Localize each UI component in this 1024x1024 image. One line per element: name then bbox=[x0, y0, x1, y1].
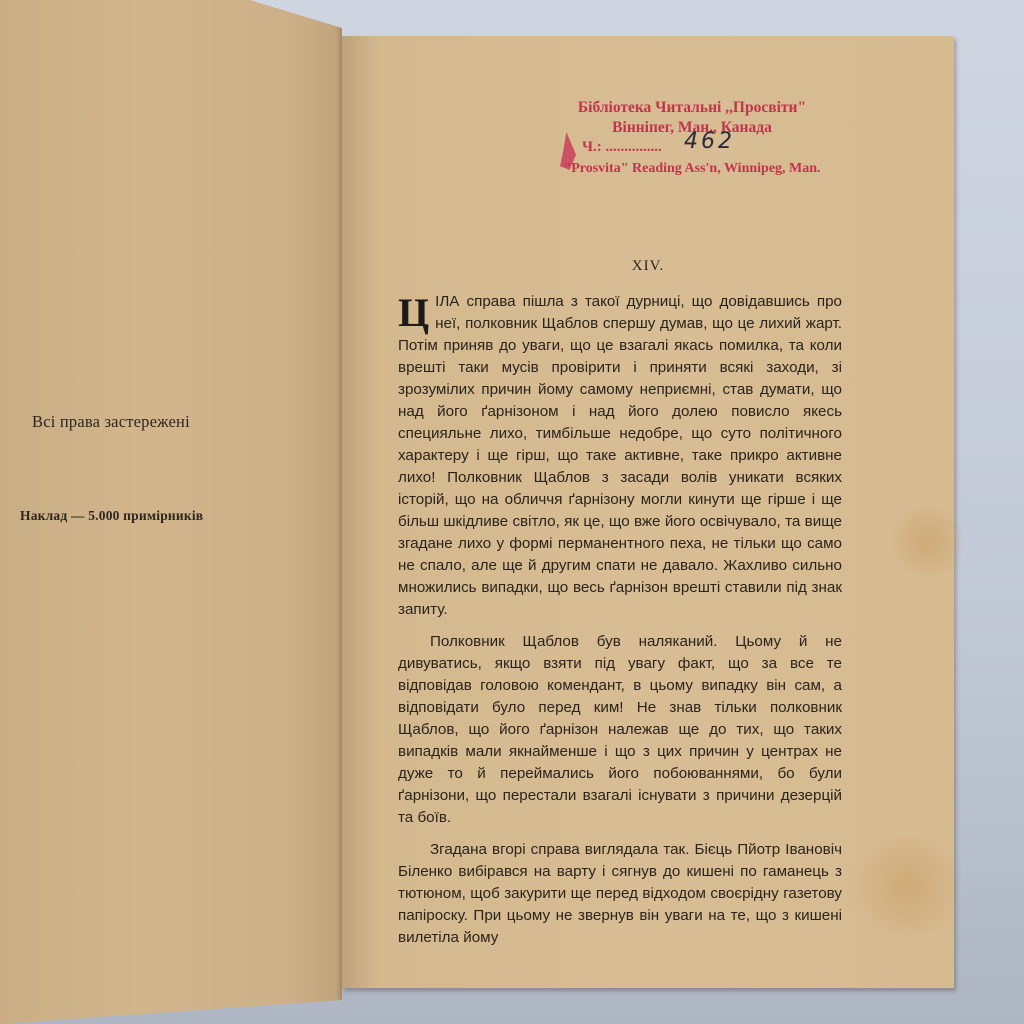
paragraph-2: Полковник Щаблов був наляканий. Цьому й … bbox=[398, 631, 842, 829]
paper-stain bbox=[882, 506, 972, 576]
chapter-heading: XIV. bbox=[342, 258, 954, 275]
body-text: ЦІЛА справа пішла з такої дурниці, що до… bbox=[398, 291, 842, 959]
library-stamp: Бібліотека Читальні ,,Просвіти" Вінніпег… bbox=[542, 98, 842, 178]
stamp-number-line: Ч.: ............... 462 bbox=[542, 138, 842, 158]
paragraph-3: Згадана вгорі справа виглядала так. Бієц… bbox=[398, 839, 842, 949]
right-page: Бібліотека Читальні ,,Просвіти" Вінніпег… bbox=[342, 36, 954, 988]
stamp-line-1: Бібліотека Читальні ,,Просвіти" bbox=[542, 98, 842, 118]
stamp-number-value: 462 bbox=[684, 128, 735, 157]
paper-stain bbox=[842, 836, 972, 936]
left-page: Всі права застережені Наклад — 5.000 при… bbox=[0, 0, 342, 1024]
rights-reserved-text: Всі права застережені bbox=[32, 412, 190, 432]
drop-cap: Ц bbox=[398, 295, 429, 331]
stamp-line-4: "Prosvita" Reading Ass'n, Winnipeg, Man. bbox=[542, 160, 842, 178]
print-run-text: Наклад — 5.000 примірників bbox=[20, 508, 203, 524]
paragraph-1: ЦІЛА справа пішла з такої дурниці, що до… bbox=[398, 291, 842, 621]
stamp-number-label: Ч.: ............... bbox=[582, 139, 662, 155]
